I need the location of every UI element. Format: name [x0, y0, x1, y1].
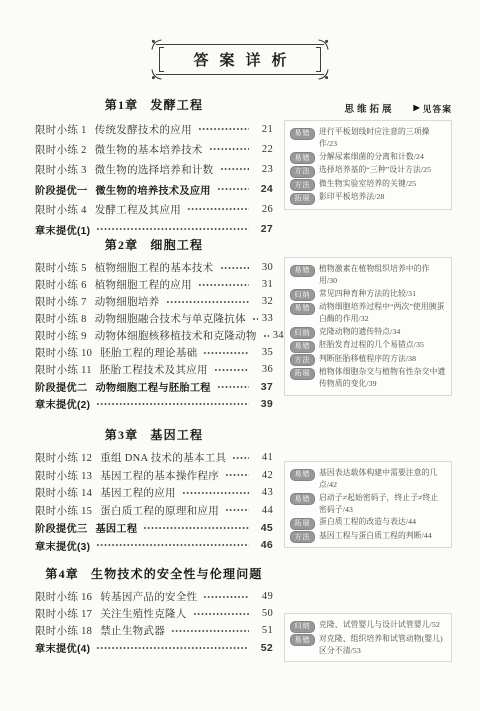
note-tag-badge: 拓展: [290, 368, 315, 380]
note-text: 分解尿素细菌的分离和计数/24: [319, 151, 424, 163]
toc-entry-page: 49: [253, 591, 273, 602]
toc-entry: 限时小练 8动物细胞融合技术与单克隆抗体33: [35, 310, 273, 327]
dot-leader: [171, 628, 249, 633]
frame-ornament-icon: [318, 69, 329, 80]
note-text: 植物激素在植物组织培养中的作用/30: [319, 263, 446, 288]
toc-entry-label: 限时小练 14: [35, 485, 92, 500]
toc-entry-label: 章末提优(3): [35, 538, 90, 553]
note-text: 判断胚胎移植程序的方法/38: [319, 353, 416, 365]
toc-entry-label: 限时小练 15: [35, 503, 92, 518]
note-item: 拓展植物体细胞杂交与植物有性杂交中遗传物质的变化/39: [290, 366, 446, 391]
note-item: 易错分解尿素细菌的分离和计数/24: [290, 151, 446, 165]
chapter-section: 第2章细胞工程限时小练 5植物细胞工程的基本技术30限时小练 6植物细胞工程的应…: [35, 236, 273, 412]
dot-leader: [225, 473, 249, 478]
toc-entry-label: 限时小练 12: [35, 450, 92, 465]
toc-entry-page: 33: [262, 313, 273, 324]
page-title: 答案详析: [182, 49, 297, 70]
toc-entry-page: 39: [253, 398, 273, 410]
note-tag-badge: 易错: [290, 493, 315, 505]
toc-entry-page: 22: [253, 144, 273, 155]
dot-leader: [225, 508, 249, 513]
toc-entry-page: 30: [253, 262, 273, 273]
book-toc-page: 答案详析 思维拓展 ▶ 见答案 第1章发酵工程限时小练 1传统发酵技术的应用21…: [0, 0, 480, 711]
toc-entry: 章末提优(3)46: [35, 537, 273, 555]
sidebar-header: 思维拓展 ▶ 见答案: [284, 101, 452, 115]
chapter-heading: 第3章基因工程: [35, 426, 273, 442]
notes-box: 易错植物激素在植物组织培养中的作用/30归纳常见四种育种方法的比较/31易错动物…: [284, 257, 452, 396]
dot-leader: [96, 645, 249, 650]
toc-entry-label: 限时小练 6: [35, 277, 87, 292]
toc-entry-page: 36: [253, 364, 273, 375]
toc-entry: 章末提优(2)39: [35, 395, 273, 412]
note-tag-badge: 易错: [290, 128, 315, 140]
dot-leader: [203, 350, 249, 355]
note-item: 拓展影印平板培养法/28: [290, 191, 446, 205]
toc-entry-label: 阶段提优三: [35, 520, 87, 535]
toc-entry-label: 限时小练 1: [35, 122, 87, 137]
toc-entry: 限时小练 2微生物的基本培养技术22: [35, 139, 273, 159]
toc-entry-label: 章末提优(4): [35, 640, 90, 655]
frame-ornament-icon: [151, 39, 162, 50]
dot-leader: [217, 187, 249, 192]
note-tag-badge: 拓展: [290, 518, 315, 530]
chapter-section: 第3章基因工程限时小练 12重组 DNA 技术的基本工具41限时小练 13基因工…: [35, 426, 273, 554]
note-text: 克隆动物的遗传特点/34: [319, 326, 400, 338]
note-item: 归纳克隆、试管婴儿与设计试管婴儿/52: [290, 619, 446, 633]
toc-entry: 阶段提优一微生物的培养技术及应用24: [35, 179, 273, 199]
toc-entry-page: 41: [253, 452, 273, 463]
toc-entry-title: 植物细胞工程的基本技术: [95, 260, 214, 275]
note-text: 对克隆、组织培养和试管动物(婴儿)区分不清/53: [319, 633, 446, 658]
note-tag-badge: 拓展: [290, 193, 315, 205]
toc-entry-page: 46: [253, 539, 273, 551]
note-tag-badge: 归纳: [290, 289, 315, 301]
toc-entry-label: 限时小练 13: [35, 468, 92, 483]
note-text: 进行平板划线时应注意的三项操作/23: [319, 126, 446, 151]
toc-entry-label: 限时小练 5: [35, 260, 87, 275]
toc-entry: 限时小练 3微生物的选择培养和计数23: [35, 159, 273, 179]
note-tag-badge: 方法: [290, 166, 315, 178]
dot-leader: [232, 455, 249, 460]
dot-leader: [214, 367, 249, 372]
toc-entry-page: 44: [253, 505, 273, 516]
note-tag-badge: 归纳: [290, 621, 315, 633]
toc-entry: 限时小练 4发酵工程及其应用26: [35, 199, 273, 219]
toc-entry-title: 基因工程的基本操作程序: [100, 468, 219, 483]
note-item: 方法基因工程与蛋白质工程的判断/44: [290, 530, 446, 544]
toc-entry: 限时小练 14基因工程的应用43: [35, 484, 273, 502]
toc-entry-title: 关注生殖性克隆人: [100, 606, 186, 621]
chapter-number: 第3章: [105, 428, 139, 442]
note-item: 易错进行平板划线时应注意的三项操作/23: [290, 126, 446, 151]
toc-entry-page: 32: [253, 296, 273, 307]
chapter-number: 第2章: [105, 238, 139, 252]
note-tag-badge: 易错: [290, 303, 315, 315]
note-item: 拓展蛋白质工程的改造与表达/44: [290, 516, 446, 530]
toc-entry-page: 26: [253, 204, 273, 215]
toc-entry-page: 27: [253, 223, 273, 235]
dot-leader: [252, 316, 258, 321]
chapter-section: 第1章发酵工程限时小练 1传统发酵技术的应用21限时小练 2微生物的基本培养技术…: [35, 96, 273, 239]
toc-entry-title: 动物细胞融合技术与单克隆抗体: [95, 311, 246, 326]
toc-entry-label: 限时小练 10: [35, 345, 92, 360]
dot-leader: [203, 594, 249, 599]
toc-entry-title: 胚胎工程的理论基础: [100, 345, 197, 360]
toc-entry: 限时小练 7动物细胞培养32: [35, 293, 273, 310]
chapter-number: 第1章: [105, 98, 139, 112]
note-tag-badge: 方法: [290, 179, 315, 191]
toc-entry-label: 章末提优(2): [35, 396, 90, 411]
chapter-name: 细胞工程: [150, 238, 203, 252]
note-text: 基因工程与蛋白质工程的判断/44: [319, 530, 432, 542]
sidebar-header-title: 思维拓展: [341, 101, 394, 115]
toc-entry-title: 动物细胞工程与胚胎工程: [95, 379, 210, 394]
note-text: 启动子≠起始密码子，终止子≠终止密码子/43: [319, 492, 446, 517]
toc-entry-title: 传统发酵技术的应用: [95, 122, 192, 137]
toc-entry-label: 限时小练 11: [35, 362, 92, 377]
toc-entry: 限时小练 16转基因产品的安全性49: [35, 588, 273, 605]
dot-leader: [166, 299, 250, 304]
note-text: 克隆、试管婴儿与设计试管婴儿/52: [319, 619, 440, 631]
toc-entry-title: 蛋白质工程的原理和应用: [100, 503, 219, 518]
see-answers-label: 见答案: [423, 102, 452, 115]
toc-entry-page: 34: [273, 330, 284, 341]
toc-list: 限时小练 12重组 DNA 技术的基本工具41限时小练 13基因工程的基本操作程…: [35, 449, 273, 554]
toc-entry-title: 微生物的基本培养技术: [95, 142, 203, 157]
toc-entry-title: 禁止生物武器: [100, 623, 165, 638]
note-tag-badge: 易错: [290, 265, 315, 277]
note-item: 方法选择培养基的“三种”设计方法/25: [290, 164, 446, 178]
toc-entry: 限时小练 10胚胎工程的理论基础35: [35, 344, 273, 361]
toc-entry-page: 21: [253, 124, 273, 135]
toc-entry-title: 重组 DNA 技术的基本工具: [100, 450, 226, 465]
dot-leader: [209, 147, 249, 152]
toc-entry: 章末提优(4)52: [35, 639, 273, 656]
dot-leader: [96, 401, 249, 406]
toc-entry-page: 50: [253, 608, 273, 619]
notes-box: 易错基因表达载体构建中需要注意的几点/42易错启动子≠起始密码子，终止子≠终止密…: [284, 461, 452, 548]
toc-entry-page: 43: [253, 487, 273, 498]
note-text: 植物体细胞杂交与植物有性杂交中遗传物质的变化/39: [319, 366, 446, 391]
dot-leader: [96, 227, 249, 232]
note-item: 方法微生物实验室培养的关键/25: [290, 178, 446, 192]
notes-box: 易错进行平板划线时应注意的三项操作/23易错分解尿素细菌的分离和计数/24方法选…: [284, 120, 452, 210]
toc-entry: 限时小练 6植物细胞工程的应用31: [35, 276, 273, 293]
note-tag-badge: 易错: [290, 152, 315, 164]
toc-entry-page: 31: [253, 279, 273, 290]
chapter-heading: 第2章细胞工程: [35, 236, 273, 252]
toc-entry-page: 35: [253, 347, 273, 358]
toc-entry: 限时小练 12重组 DNA 技术的基本工具41: [35, 449, 273, 467]
note-item: 易错对克隆、组织培养和试管动物(婴儿)区分不清/53: [290, 633, 446, 658]
dot-leader: [217, 384, 249, 389]
toc-entry-title: 微生物的培养技术及应用: [95, 182, 210, 197]
toc-entry-page: 24: [253, 183, 273, 195]
note-tag-badge: 方法: [290, 531, 315, 543]
note-tag-badge: 归纳: [290, 327, 315, 339]
dot-leader: [193, 611, 249, 616]
page-title-frame: 答案详析: [156, 44, 324, 75]
toc-entry-page: 42: [253, 470, 273, 481]
toc-entry-label: 限时小练 17: [35, 606, 92, 621]
toc-list: 限时小练 5植物细胞工程的基本技术30限时小练 6植物细胞工程的应用31限时小练…: [35, 259, 273, 412]
toc-entry-label: 限时小练 16: [35, 589, 92, 604]
note-item: 易错启动子≠起始密码子，终止子≠终止密码子/43: [290, 492, 446, 517]
dot-leader: [182, 490, 249, 495]
note-item: 易错动物细胞培养过程中“两次”使用胰蛋白酶的作用/32: [290, 301, 446, 326]
toc-entry-label: 章末提优(1): [35, 222, 90, 237]
frame-ornament-icon: [318, 39, 329, 50]
toc-entry-label: 限时小练 7: [35, 294, 87, 309]
note-text: 影印平板培养法/28: [319, 191, 385, 203]
toc-entry-title: 微生物的选择培养和计数: [95, 162, 214, 177]
chapter-section: 第4章生物技术的安全性与伦理问题限时小练 16转基因产品的安全性49限时小练 1…: [35, 565, 273, 656]
toc-entry-page: 45: [253, 522, 273, 534]
note-tag-badge: 易错: [290, 341, 315, 353]
dot-leader: [198, 282, 249, 287]
toc-entry-label: 限时小练 9: [35, 328, 87, 343]
chapter-name: 发酵工程: [150, 98, 203, 112]
toc-entry: 阶段提优二动物细胞工程与胚胎工程37: [35, 378, 273, 395]
note-tag-badge: 易错: [290, 469, 315, 481]
toc-entry-title: 胚胎工程技术及其应用: [100, 362, 208, 377]
note-tag-badge: 易错: [290, 634, 315, 646]
chapter-name: 生物技术的安全性与伦理问题: [91, 567, 263, 581]
toc-entry-title: 动物体细胞核移植技术和克隆动物: [95, 328, 257, 343]
toc-entry: 限时小练 9动物体细胞核移植技术和克隆动物34: [35, 327, 273, 344]
see-answers-link: ▶ 见答案: [413, 101, 452, 115]
play-triangle-icon: ▶: [413, 104, 420, 112]
dot-leader: [187, 207, 249, 212]
toc-entry-page: 51: [253, 625, 273, 636]
note-item: 方法判断胚胎移植程序的方法/38: [290, 353, 446, 367]
toc-entry-label: 阶段提优一: [35, 182, 87, 197]
toc-list: 限时小练 16转基因产品的安全性49限时小练 17关注生殖性克隆人50限时小练 …: [35, 588, 273, 656]
toc-entry-title: 基因工程的应用: [100, 485, 176, 500]
note-tag-badge: 方法: [290, 354, 315, 366]
chapter-name: 基因工程: [150, 428, 203, 442]
note-item: 易错植物激素在植物组织培养中的作用/30: [290, 263, 446, 288]
chapter-heading: 第1章发酵工程: [35, 96, 273, 112]
dot-leader: [263, 333, 269, 338]
note-text: 微生物实验室培养的关键/25: [319, 178, 416, 190]
note-item: 易错基因表达载体构建中需要注意的几点/42: [290, 467, 446, 492]
toc-entry-label: 限时小练 4: [35, 202, 87, 217]
toc-entry-title: 动物细胞培养: [95, 294, 160, 309]
note-text: 动物细胞培养过程中“两次”使用胰蛋白酶的作用/32: [319, 301, 446, 326]
note-text: 常见四种育种方法的比较/31: [319, 288, 416, 300]
toc-entry: 阶段提优三基因工程45: [35, 519, 273, 537]
toc-entry-page: 37: [253, 381, 273, 393]
toc-entry: 限时小练 18禁止生物武器51: [35, 622, 273, 639]
note-item: 归纳克隆动物的遗传特点/34: [290, 326, 446, 340]
note-text: 蛋白质工程的改造与表达/44: [319, 516, 416, 528]
frame-ornament-icon: [151, 69, 162, 80]
toc-entry-title: 基因工程: [95, 520, 137, 535]
toc-entry: 限时小练 13基因工程的基本操作程序42: [35, 467, 273, 485]
toc-entry-title: 植物细胞工程的应用: [95, 277, 192, 292]
chapter-heading: 第4章生物技术的安全性与伦理问题: [35, 565, 273, 581]
note-text: 基因表达载体构建中需要注意的几点/42: [319, 467, 446, 492]
notes-box: 归纳克隆、试管婴儿与设计试管婴儿/52易错对克隆、组织培养和试管动物(婴儿)区分…: [284, 613, 452, 662]
toc-entry: 限时小练 1传统发酵技术的应用21: [35, 119, 273, 139]
toc-entry-label: 限时小练 8: [35, 311, 87, 326]
dot-leader: [220, 167, 250, 172]
toc-entry-title: 发酵工程及其应用: [95, 202, 181, 217]
toc-entry-label: 阶段提优二: [35, 379, 87, 394]
toc-entry-label: 限时小练 2: [35, 142, 87, 157]
dot-leader: [198, 127, 249, 132]
toc-entry-page: 23: [253, 164, 273, 175]
toc-entry-page: 52: [253, 642, 273, 654]
note-item: 易错胚胎发育过程的几个易错点/35: [290, 339, 446, 353]
toc-entry-label: 限时小练 3: [35, 162, 87, 177]
toc-entry: 限时小练 5植物细胞工程的基本技术30: [35, 259, 273, 276]
toc-list: 限时小练 1传统发酵技术的应用21限时小练 2微生物的基本培养技术22限时小练 …: [35, 119, 273, 239]
dot-leader: [220, 265, 250, 270]
toc-entry-label: 限时小练 18: [35, 623, 92, 638]
dot-leader: [143, 525, 249, 530]
note-text: 胚胎发育过程的几个易错点/35: [319, 339, 424, 351]
dot-leader: [96, 543, 249, 548]
note-text: 选择培养基的“三种”设计方法/25: [319, 164, 431, 176]
note-item: 归纳常见四种育种方法的比较/31: [290, 288, 446, 302]
chapter-number: 第4章: [45, 567, 79, 581]
toc-entry-title: 转基因产品的安全性: [100, 589, 197, 604]
toc-entry: 限时小练 17关注生殖性克隆人50: [35, 605, 273, 622]
toc-entry: 限时小练 11胚胎工程技术及其应用36: [35, 361, 273, 378]
toc-entry: 限时小练 15蛋白质工程的原理和应用44: [35, 502, 273, 520]
